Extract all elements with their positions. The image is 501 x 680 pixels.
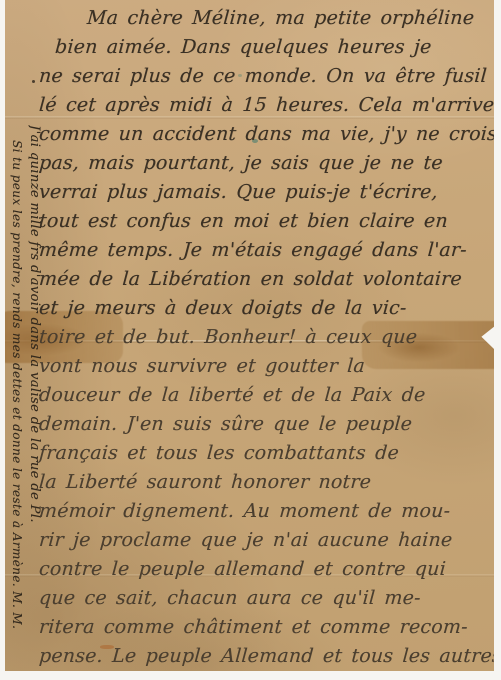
letter-line: mée de la Libération en soldat volontair… [32,265,494,294]
letter-line: lé cet après midi à 15 heures. Cela m'ar… [32,91,494,120]
letter-line: même temps. Je m'étais engagé dans l'ar- [32,236,494,265]
letter-line: tout est confus en moi et bien claire en [32,207,494,236]
letter-body: Ma chère Méline, ma petite orphélinebien… [5,4,494,671]
letter-line: Ma chère Méline, ma petite orphéline [32,4,494,33]
letter-line: contre le peuple allemand et contre qui [32,555,494,584]
letter-line: demain. J'en suis sûre que le peuple [32,410,494,439]
letter-line: que ce sait, chacun aura ce qu'il me- [32,584,494,613]
letter-line: français et tous les combattants de [32,439,494,468]
letter-line: comme un accident dans ma vie, j'y ne cr… [32,120,494,149]
letter-paper: J'ai quinze mille frs d'avoir dans la va… [5,0,494,671]
letter-line: ritera comme châtiment et comme recom- [32,613,494,642]
letter-line: ne serai plus de ce monde. On va être fu… [32,62,494,91]
letter-line: mémoir dignement. Au moment de mou- [32,497,494,526]
letter-line: pense. Le peuple Allemand et tous les au… [32,642,494,671]
letter-line: rir je proclame que je n'ai aucune haine [32,526,494,555]
letter-line: douceur de la liberté et de la Paix de [32,381,494,410]
letter-line: la Liberté sauront honorer notre [32,468,494,497]
letter-line: verrai plus jamais. Que puis-je t'écrire… [32,178,494,207]
letter-line: et je meurs à deux doigts de la vic- [32,294,494,323]
letter-line: vont nous survivre et goutter la [32,352,494,381]
letter-line: pas, mais pourtant, je sais que je ne te [32,149,494,178]
letter-line: bien aimée. Dans quelques heures je [32,33,494,62]
letter-line: toire et de but. Bonheur! à ceux que [32,323,494,352]
photo-frame: J'ai quinze mille frs d'avoir dans la va… [0,0,501,680]
